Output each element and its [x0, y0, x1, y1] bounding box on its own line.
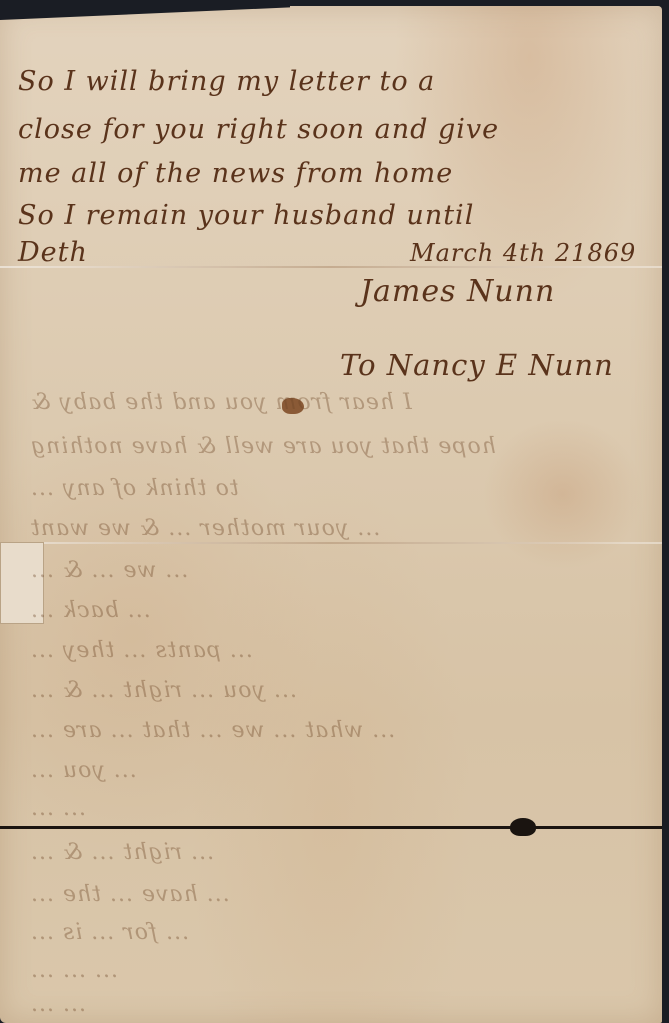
letter-date: March 4th 21869	[410, 239, 636, 267]
letter-page: So I will bring my letter to a close for…	[0, 6, 662, 1023]
bleed-through-line: ... for ... is ...	[30, 920, 189, 945]
torn-fold-line	[0, 826, 662, 829]
bleed-through-line: ... what ... we ... that ... are ...	[30, 718, 395, 743]
letter-line: So I will bring my letter to a	[18, 66, 435, 97]
bleed-through-line: ... ...	[30, 992, 86, 1017]
letter-line: me all of the news from home	[18, 158, 453, 189]
bleed-through-line: I hear from you and the baby &	[30, 390, 412, 415]
bleed-through-line: ... pants ... they ...	[30, 638, 253, 663]
bleed-through-line: ... back ...	[30, 598, 151, 623]
bleed-through-line: ... your mother ... & we want	[30, 516, 380, 541]
bleed-through-line: ... you ...	[30, 758, 137, 783]
bleed-through-line: hope that you are well & have nothing	[30, 434, 496, 459]
letter-line: So I remain your husband until	[18, 200, 474, 231]
bleed-through-line: ... you ... right ... & ...	[30, 678, 297, 703]
letter-line: Deth	[18, 237, 88, 268]
paper-hole	[510, 818, 536, 836]
bleed-through-line: to think of any ...	[30, 476, 239, 501]
bleed-through-line: ... we ... & ...	[30, 558, 188, 583]
bleed-through-line: ... right ... & ...	[30, 840, 214, 865]
letter-line: close for you right soon and give	[18, 114, 499, 145]
bleed-through-line: ... ...	[30, 796, 86, 821]
bleed-through-line: ... ... ...	[30, 958, 118, 983]
fold-line	[0, 542, 662, 544]
signature: James Nunn	[360, 274, 555, 309]
bleed-through-line: ... have ... the ...	[30, 882, 230, 907]
addressee: To Nancy E Nunn	[340, 348, 614, 382]
